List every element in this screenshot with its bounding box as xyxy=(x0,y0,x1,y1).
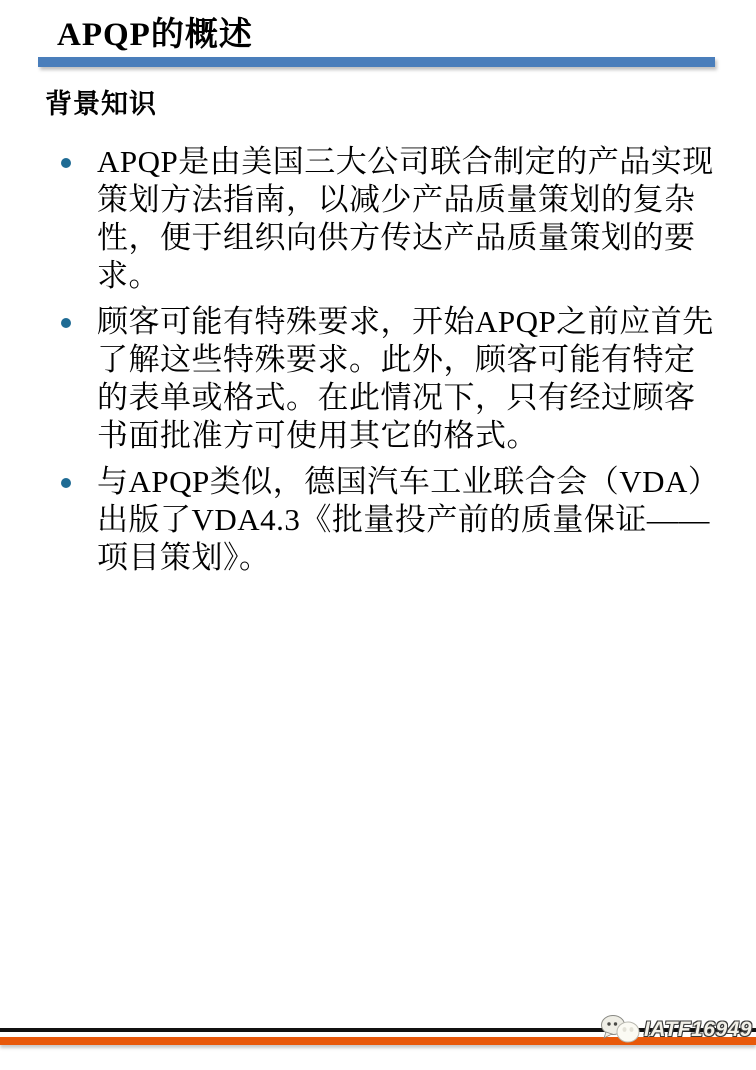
bullet-text: 顾客可能有特殊要求，开始APQP之前应首先了解这些特殊要求。此外，顾客可能有特定… xyxy=(97,304,714,453)
watermark-text: IATF16949 xyxy=(644,1018,752,1042)
bullet-item: 与APQP类似，德国汽车工业联合会（VDA）出版了VDA4.3《批量投产前的质量… xyxy=(0,463,719,577)
watermark: IATF16949 xyxy=(600,1013,752,1047)
section-heading: 背景知识 xyxy=(45,82,157,121)
bullet-list: APQP是由美国三大公司联合制定的产品实现策划方法指南，以减少产品质量策划的复杂… xyxy=(0,143,756,585)
bullet-item: APQP是由美国三大公司联合制定的产品实现策划方法指南，以减少产品质量策划的复杂… xyxy=(0,143,719,295)
chat-bubbles-icon xyxy=(600,1013,642,1047)
bullet-dot-icon xyxy=(61,478,71,488)
bullet-dot-icon xyxy=(61,158,71,168)
page-title: APQP的概述 xyxy=(57,8,253,55)
slide: APQP的概述 背景知识 APQP是由美国三大公司联合制定的产品实现策划方法指南… xyxy=(0,0,756,1070)
title-divider-rule xyxy=(38,57,715,67)
bullet-item: 顾客可能有特殊要求，开始APQP之前应首先了解这些特殊要求。此外，顾客可能有特定… xyxy=(0,303,719,455)
bullet-text: APQP是由美国三大公司联合制定的产品实现策划方法指南，以减少产品质量策划的复杂… xyxy=(97,144,714,293)
bullet-dot-icon xyxy=(61,318,71,328)
bullet-text: 与APQP类似，德国汽车工业联合会（VDA）出版了VDA4.3《批量投产前的质量… xyxy=(97,464,710,575)
